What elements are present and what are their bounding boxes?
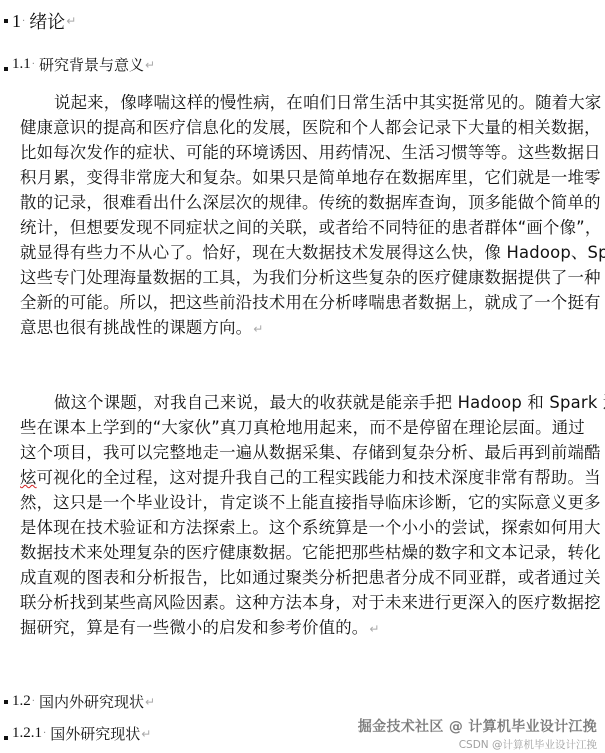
heading-bullet-icon — [4, 700, 8, 704]
separator-dot: · — [22, 16, 25, 27]
text-line: 联分析找到某些高风险因素。这种方法本身，对于未来进行更深入的医疗数据挖 — [20, 590, 583, 615]
text-line: 成直观的图表和分析报告，比如通过聚类分析把患者分成不同亚群，或者通过关 — [20, 565, 583, 590]
paragraph-significance: 做这个课题，对我自己来说，最大的收获就是能亲手把 Hadoop 和 Spark … — [20, 390, 583, 640]
section-title: 研究背景与意义 — [39, 54, 144, 75]
text-line: 就显得有些力不从心了。恰好，现在大数据技术发展得这么快，像 Hadoop、Spa… — [20, 240, 583, 265]
watermark: 掘金技术社区 @ 计算机毕业设计江挽 CSDN @计算机毕业设计江挽 — [358, 716, 597, 752]
text-line: 数据技术来处理复杂的医疗健康数据。它能把那些枯燥的数字和文本记录，转化 — [20, 540, 583, 565]
paragraph-background: 说起来，像哮喘这样的慢性病，在咱们日常生活中其实挺常见的。随着大家 健康意识的提… — [20, 90, 583, 340]
paragraph-mark-icon: ↵ — [369, 622, 379, 636]
text-line: 可视化的全过程，这对提升我自己的工程实践能力和技术深度非常有帮助。当 — [37, 468, 601, 487]
separator-dot: · — [32, 59, 35, 70]
text-line: 做这个课题，对我自己来说，最大的收获就是能亲手把 Hadoop 和 Spark … — [20, 390, 583, 415]
heading-bullet-icon — [4, 736, 8, 740]
paragraph-mark-icon: ↵ — [141, 727, 151, 741]
section-title: 国内外研究现状 — [39, 691, 144, 712]
paragraph-mark-icon: ↵ — [66, 14, 76, 28]
text-line: 说起来，像哮喘这样的慢性病，在咱们日常生活中其实挺常见的。随着大家 — [20, 90, 583, 115]
text-line: 这个项目，我可以完整地走一遍从数据采集、存储到复杂分析、最后再到前端酷 — [20, 440, 583, 465]
paragraph-mark-icon: ↵ — [145, 695, 155, 709]
text-line: 全新的可能。所以，把这些前沿技术用在分析哮喘患者数据上，就成了一个挺有 — [20, 290, 583, 315]
separator-dot: · — [32, 696, 35, 707]
text-line: 积月累，变得非常庞大和复杂。如果只是简单地存在数据库里，它们就是一堆零 — [20, 165, 583, 190]
section-heading-1-1: 1.1 · 研究背景与意义 ↵ — [4, 54, 155, 75]
watermark-csdn: CSDN @计算机毕业设计江挽 — [358, 737, 597, 752]
heading-bullet-icon — [4, 67, 8, 71]
chapter-number: 1 — [12, 11, 21, 32]
section-number: 1.1 — [12, 56, 31, 73]
text-line: 比如每次发作的症状、可能的环境诱因、用药情况、生活习惯等等。这些数据日 — [20, 140, 583, 165]
text-line-last: 掘研究，算是有一些微小的启发和参考价值的。↵ — [20, 615, 583, 640]
section-title: 国外研究现状 — [50, 723, 140, 744]
text-line: 这些专门处理海量数据的工具，为我们分析这些复杂的医疗健康数据提供了一种 — [20, 265, 583, 290]
heading-bullet-icon — [4, 19, 8, 23]
chapter-heading: 1 · 绪论 ↵ — [4, 8, 76, 34]
text-line: 是体现在技术验证和方法探索上。这个系统算是一个小小的尝试，探索如何用大 — [20, 515, 583, 540]
text-line: 散的记录，很难看出什么深层次的规律。传统的数据库查询，顶多能做个简单的 — [20, 190, 583, 215]
paragraph-mark-icon: ↵ — [253, 322, 263, 336]
watermark-juejin: 掘金技术社区 @ 计算机毕业设计江挽 — [358, 716, 597, 736]
section-heading-1-2-1: 1.2.1 · 国外研究现状 ↵ — [4, 723, 151, 744]
section-heading-1-2: 1.2 · 国内外研究现状 ↵ — [4, 691, 155, 712]
separator-dot: · — [43, 728, 46, 739]
text-line: 掘研究，算是有一些微小的启发和参考价值的。 — [20, 618, 368, 637]
text-line-with-misspelling: 炫可视化的全过程，这对提升我自己的工程实践能力和技术深度非常有帮助。当 — [20, 465, 583, 490]
section-number: 1.2 — [12, 693, 31, 710]
text-line: 健康意识的提高和医疗信息化的发展，医院和个人都会记录下大量的相关数据， — [20, 115, 583, 140]
spellcheck-flagged-word[interactable]: 炫 — [20, 468, 37, 487]
text-line: 然，这只是一个毕业设计，肯定谈不上能直接指导临床诊断，它的实际意义更多 — [20, 490, 583, 515]
text-line: 意思也很有挑战性的课题方向。 — [20, 318, 252, 337]
section-number: 1.2.1 — [12, 725, 42, 742]
text-line: 统计，但想要发现不同症状之间的关联，或者给不同特征的患者群体“画个像”， — [20, 215, 583, 240]
chapter-title: 绪论 — [29, 8, 65, 34]
paragraph-mark-icon: ↵ — [145, 58, 155, 72]
text-line-last: 意思也很有挑战性的课题方向。↵ — [20, 315, 583, 340]
text-line: 些在课本上学到的“大家伙”真刀真枪地用起来，而不是停留在理论层面。通过 — [20, 415, 583, 440]
